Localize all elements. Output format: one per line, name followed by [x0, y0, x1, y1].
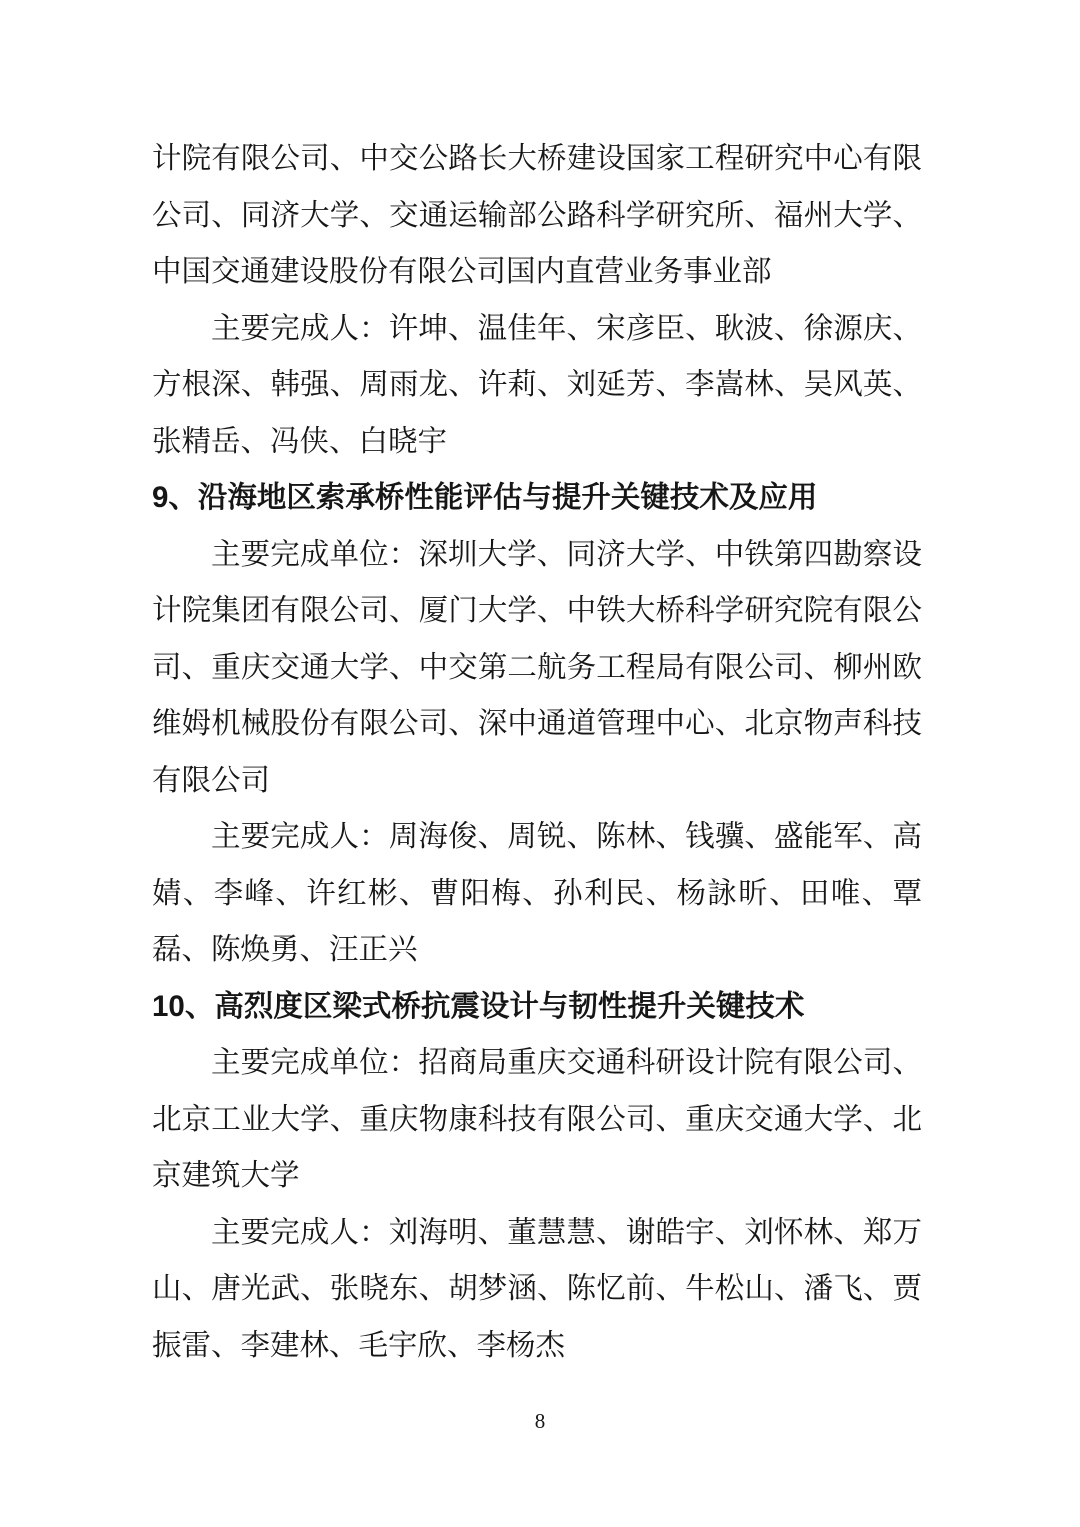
paragraph: 主要完成人：周海俊、周锐、陈林、钱骥、盛能军、高婧、李峰、许红彬、曹阳梅、孙利民… [152, 809, 922, 979]
document-page: 计院有限公司、中交公路长大桥建设国家工程研究中心有限公司、同济大学、交通运输部公… [0, 0, 1080, 1527]
section-heading: 10、高烈度区梁式桥抗震设计与韧性提升关键技术 [152, 979, 922, 1036]
section-heading: 9、沿海地区索承桥性能评估与提升关键技术及应用 [152, 470, 922, 527]
page-number: 8 [0, 1406, 1080, 1436]
paragraph: 计院有限公司、中交公路长大桥建设国家工程研究中心有限公司、同济大学、交通运输部公… [152, 131, 922, 301]
paragraph: 主要完成人：刘海明、董慧慧、谢皓宇、刘怀林、郑万山、唐光武、张晓东、胡梦涵、陈忆… [152, 1205, 922, 1375]
paragraph: 主要完成单位：招商局重庆交通科研设计院有限公司、北京工业大学、重庆物康科技有限公… [152, 1035, 922, 1205]
paragraph: 主要完成单位：深圳大学、同济大学、中铁第四勘察设计院集团有限公司、厦门大学、中铁… [152, 527, 922, 810]
paragraph: 主要完成人：许坤、温佳年、宋彦臣、耿波、徐源庆、方根深、韩强、周雨龙、许莉、刘延… [152, 301, 922, 471]
page-content: 计院有限公司、中交公路长大桥建设国家工程研究中心有限公司、同济大学、交通运输部公… [152, 131, 922, 1374]
